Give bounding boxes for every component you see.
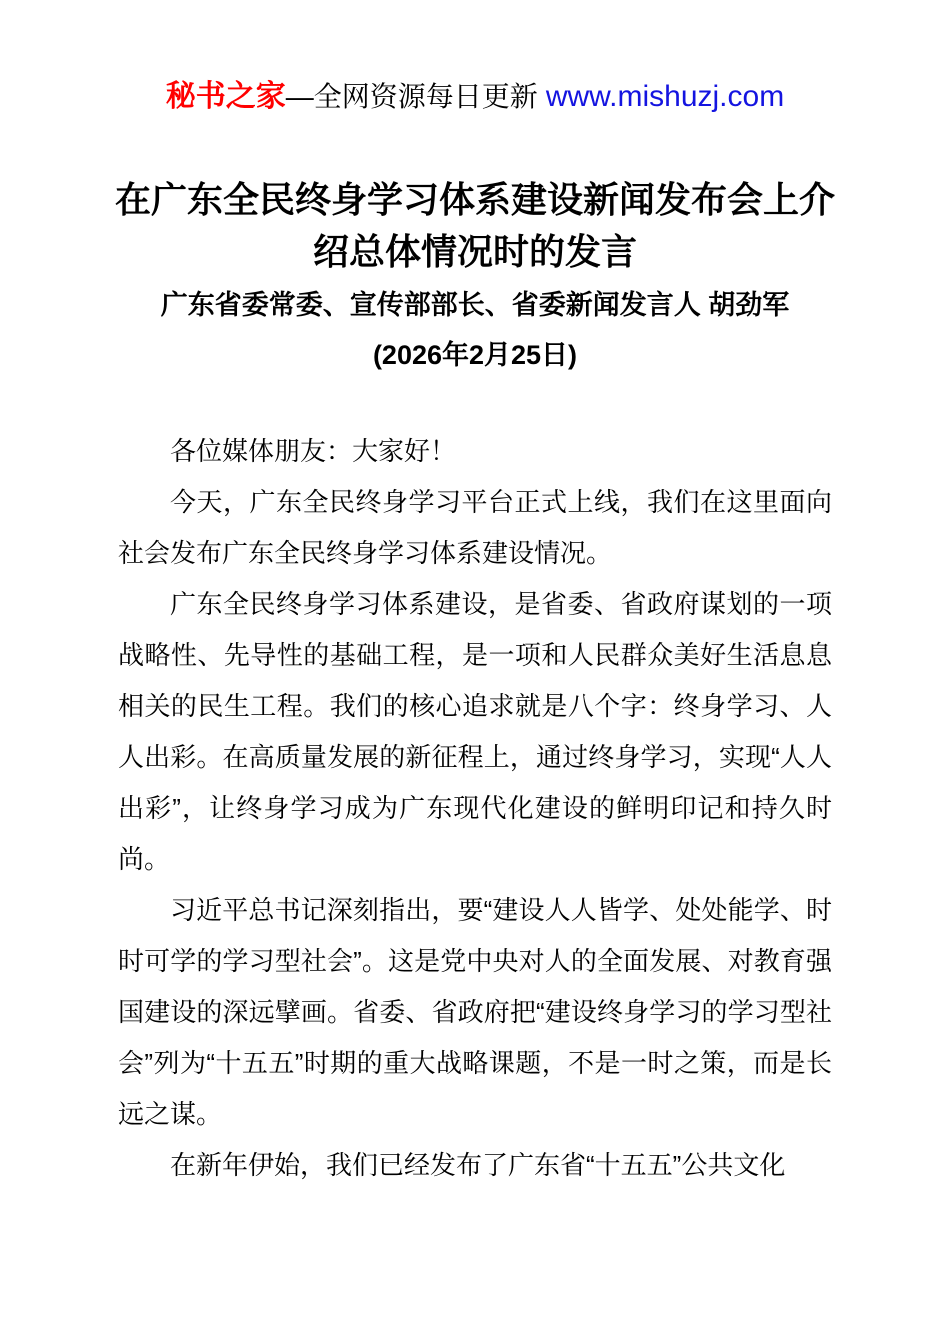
header-tagline: 全网资源每日更新 [314,81,538,112]
site-header: 秘书之家—全网资源每日更新www.mishuzj.com [0,0,950,114]
header-dash: — [286,81,314,112]
doc-body: 各位媒体朋友：大家好！ 今天，广东全民终身学习平台正式上线，我们在这里面向社会发… [118,426,832,1191]
site-url-link[interactable]: www.mishuzj.com [546,80,784,113]
paragraph: 广东全民终身学习体系建设，是省委、省政府谋划的一项战略性、先导性的基础工程，是一… [118,579,832,885]
paragraph: 各位媒体朋友：大家好！ [118,426,832,477]
site-brand: 秘书之家 [166,80,286,113]
document-page: 秘书之家—全网资源每日更新www.mishuzj.com 在广东全民终身学习体系… [0,0,950,1344]
doc-title: 在广东全民终身学习体系建设新闻发布会上介绍总体情况时的发言 [103,174,847,278]
doc-date: (2026年2月25日) [0,330,950,380]
paragraph: 今天，广东全民终身学习平台正式上线，我们在这里面向社会发布广东全民终身学习体系建… [118,477,832,579]
paragraph: 在新年伊始，我们已经发布了广东省“十五五”公共文化 [118,1140,832,1191]
paragraph: 习近平总书记深刻指出，要“建设人人皆学、处处能学、时时可学的学习型社会”。这是党… [118,885,832,1140]
doc-byline: 广东省委常委、宣传部部长、省委新闻发言人 胡劲军 [0,280,950,330]
